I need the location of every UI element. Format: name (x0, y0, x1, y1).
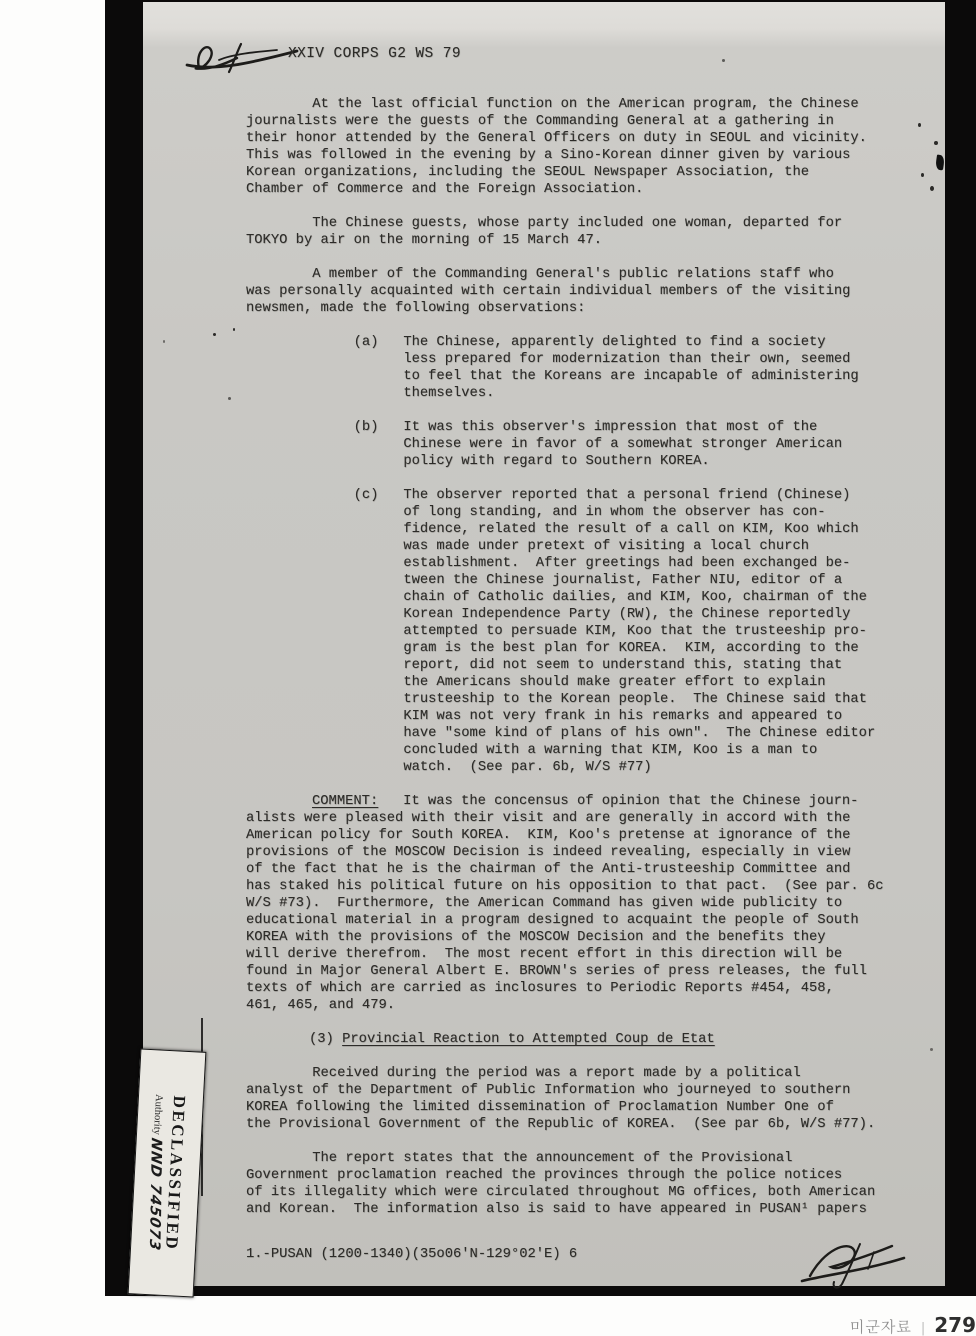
section-heading-3: (3) Provincial Reaction to Attempted Cou… (309, 1031, 922, 1048)
paragraph-proclamation: The report states that the announcement … (246, 1150, 922, 1218)
footer-divider: | (921, 1321, 925, 1336)
list-item-a: (a) The Chinese, apparently delighted to… (246, 334, 922, 402)
scan-speck (213, 333, 216, 336)
declassified-stamp: DECLASSIFIED Authority NND 745073 (128, 1048, 207, 1297)
handwritten-initials-icon (185, 38, 303, 78)
paragraph-observations-intro: A member of the Commanding General's pub… (246, 266, 922, 317)
scan-speck (934, 141, 938, 145)
scan-speck (921, 173, 924, 177)
paragraph-function: At the last official function on the Ame… (246, 96, 922, 198)
comment-paragraph: COMMENT: It was the concensus of opinion… (246, 793, 922, 1014)
scan-speck (233, 328, 235, 331)
list-item-b: (b) It was this observer's impression th… (246, 419, 922, 470)
archive-page-number: 279 (934, 1313, 976, 1336)
paragraph-report-received: Received during the period was a report … (246, 1065, 922, 1133)
scan-speck (930, 1048, 933, 1051)
list-item-c: (c) The observer reported that a persona… (246, 487, 922, 776)
comment-label: COMMENT: (312, 794, 378, 809)
footnote-pusan: 1.-PUSAN (1200-1340)(35o06'N-129°02'E) 6 (246, 1246, 577, 1263)
scanned-document-photo: { "document": { "header": "XXIV CORPS G2… (0, 0, 976, 1336)
handwritten-signature-icon (796, 1236, 910, 1294)
comment-text: It was the concensus of opinion that the… (246, 794, 884, 1013)
page-header: XXIV CORPS G2 WS 79 (288, 46, 461, 63)
scan-speck (228, 397, 231, 400)
scan-speck (163, 340, 165, 343)
archive-footer: 미군자료 | 279 (850, 1313, 976, 1336)
scan-speck (918, 123, 921, 127)
archive-caption: 미군자료 (850, 1316, 912, 1336)
section-number: (3) (309, 1032, 342, 1047)
document-body: At the last official function on the Ame… (246, 96, 922, 1235)
paragraph-departure: The Chinese guests, whose party included… (246, 215, 922, 249)
stamp-authority-number: NND 745073 (146, 1137, 164, 1253)
scan-speck (722, 59, 725, 62)
section-title: Provincial Reaction to Attempted Coup de… (342, 1032, 715, 1047)
stamp-authority-label: Authority (151, 1094, 164, 1135)
scan-speck (930, 186, 934, 191)
